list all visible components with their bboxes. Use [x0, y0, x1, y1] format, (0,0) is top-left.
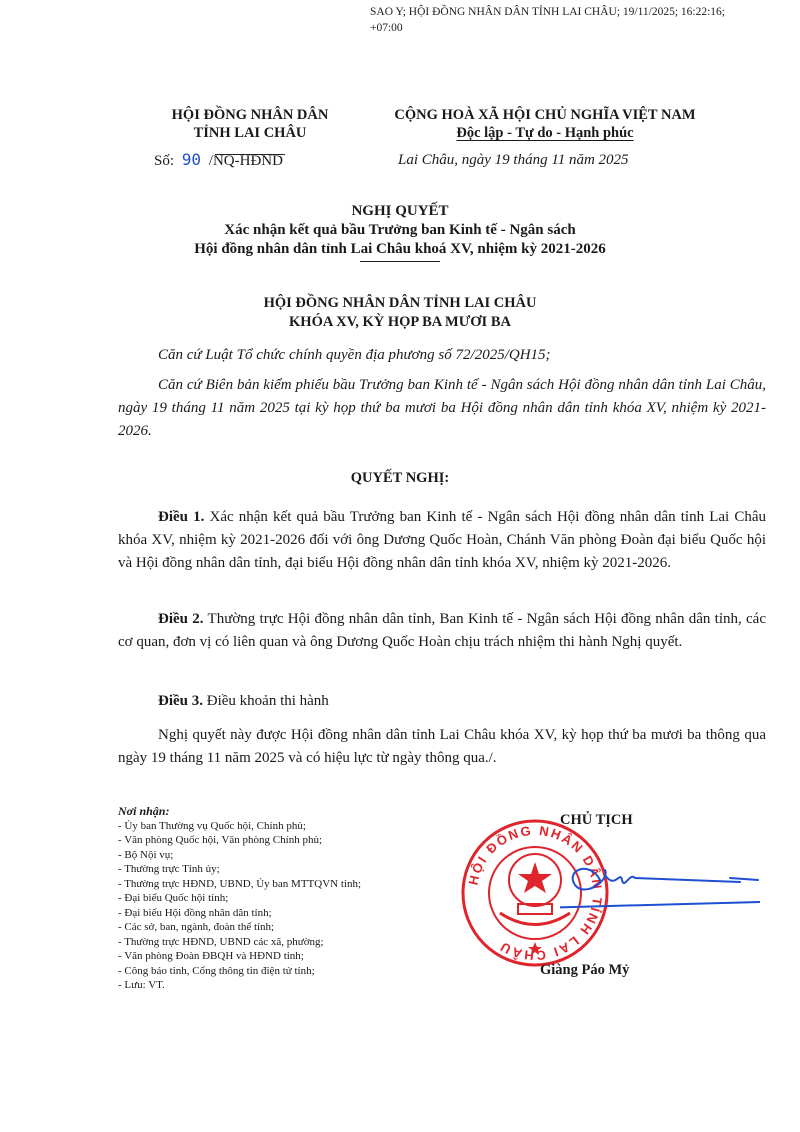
issuer-line-2: KHÓA XV, KỲ HỌP BA MƯƠI BA — [120, 313, 680, 332]
stamp-line-1: SAO Y; HỘI ĐỒNG NHÂN DÂN TỈNH LAI CHÂU; … — [370, 4, 800, 20]
article-2: Điều 2. Thường trực Hội đồng nhân dân tỉ… — [118, 608, 766, 654]
recipient-item: - Lưu: VT. — [118, 978, 448, 993]
document-title: NGHỊ QUYẾT Xác nhận kết quả bầu Trưởng b… — [120, 202, 680, 262]
org-name-line-1: HỘI ĐỒNG NHÂN DÂN — [140, 106, 360, 124]
subject-line-2: Hội đồng nhân dân tỉnh Lai Châu khoá XV,… — [120, 240, 680, 259]
article-1-label: Điều 1. — [158, 509, 204, 525]
recipient-item: - Thường trực Tỉnh ủy; — [118, 862, 448, 877]
place-date: Lai Châu, ngày 19 tháng 11 năm 2025 — [398, 152, 698, 169]
stamp-line-2: +07:00 — [370, 20, 800, 36]
recipient-item: - Thường trực HĐND, UBND các xã, phường; — [118, 935, 448, 950]
closing-paragraph: Nghị quyết này được Hội đồng nhân dân tỉ… — [118, 724, 766, 770]
recipient-item: - Văn phòng Quốc hội, Văn phòng Chính ph… — [118, 833, 448, 848]
title-underline — [360, 261, 440, 262]
article-1-text: Xác nhận kết quả bầu Trưởng ban Kinh tế … — [118, 509, 766, 571]
issuer-block: HỘI ĐỒNG NHÂN DÂN TỈNH LAI CHÂU KHÓA XV,… — [120, 294, 680, 332]
country-name: CỘNG HOÀ XÃ HỘI CHỦ NGHĨA VIỆT NAM — [365, 106, 725, 124]
recipient-item: - Ủy ban Thường vụ Quốc hội, Chính phủ; — [118, 819, 448, 834]
article-3-label: Điều 3. — [158, 693, 203, 709]
signer-name: Giàng Páo Mỷ — [540, 962, 629, 979]
recipients-list: Nơi nhận: - Ủy ban Thường vụ Quốc hội, C… — [118, 804, 448, 993]
article-3-text: Điều khoản thi hành — [203, 693, 329, 709]
doc-type: NGHỊ QUYẾT — [120, 202, 680, 221]
handwritten-signature-icon — [560, 850, 760, 920]
document-number: Số: 90 /NQ-HĐND — [154, 150, 283, 170]
recipient-item: - Đại biểu Quốc hội tỉnh; — [118, 891, 448, 906]
number-suffix: /NQ-HĐND — [209, 153, 283, 169]
article-2-label: Điều 2. — [158, 611, 204, 627]
recipient-item: - Bộ Nội vụ; — [118, 848, 448, 863]
number-label: Số: — [154, 153, 174, 169]
org-name-line-2: TỈNH LAI CHÂU — [140, 124, 360, 142]
recipient-item: - Công báo tỉnh, Cổng thông tin điện tử … — [118, 964, 448, 979]
digital-copy-stamp: SAO Y; HỘI ĐỒNG NHÂN DÂN TỈNH LAI CHÂU; … — [370, 4, 800, 36]
recipients-heading: Nơi nhận: — [118, 804, 448, 819]
number-value: 90 — [182, 150, 201, 169]
article-3: Điều 3. Điều khoản thi hành — [118, 690, 766, 713]
recipient-item: - Đại biểu Hội đồng nhân dân tỉnh; — [118, 906, 448, 921]
article-2-text: Thường trực Hội đồng nhân dân tỉnh, Ban … — [118, 611, 766, 650]
article-1: Điều 1. Xác nhận kết quả bầu Trưởng ban … — [118, 506, 766, 575]
national-header: CỘNG HOÀ XÃ HỘI CHỦ NGHĨA VIỆT NAM Độc l… — [365, 106, 725, 142]
legal-basis-1: Căn cứ Luật Tổ chức chính quyền địa phươ… — [118, 344, 766, 367]
subject-line-1: Xác nhận kết quả bầu Trưởng ban Kinh tế … — [120, 221, 680, 240]
decision-heading: QUYẾT NGHỊ: — [120, 470, 680, 487]
legal-basis-2: Căn cứ Biên bản kiểm phiếu bầu Trưởng ba… — [118, 374, 766, 443]
recipient-item: - Thường trực HĐND, UBND, Ủy ban MTTQVN … — [118, 877, 448, 892]
national-motto: Độc lập - Tự do - Hạnh phúc — [365, 124, 725, 142]
recipient-item: - Các sở, ban, ngành, đoàn thể tỉnh; — [118, 920, 448, 935]
issuer-line-1: HỘI ĐỒNG NHÂN DÂN TỈNH LAI CHÂU — [120, 294, 680, 313]
recipient-item: - Văn phòng Đoàn ĐBQH và HĐND tỉnh; — [118, 949, 448, 964]
